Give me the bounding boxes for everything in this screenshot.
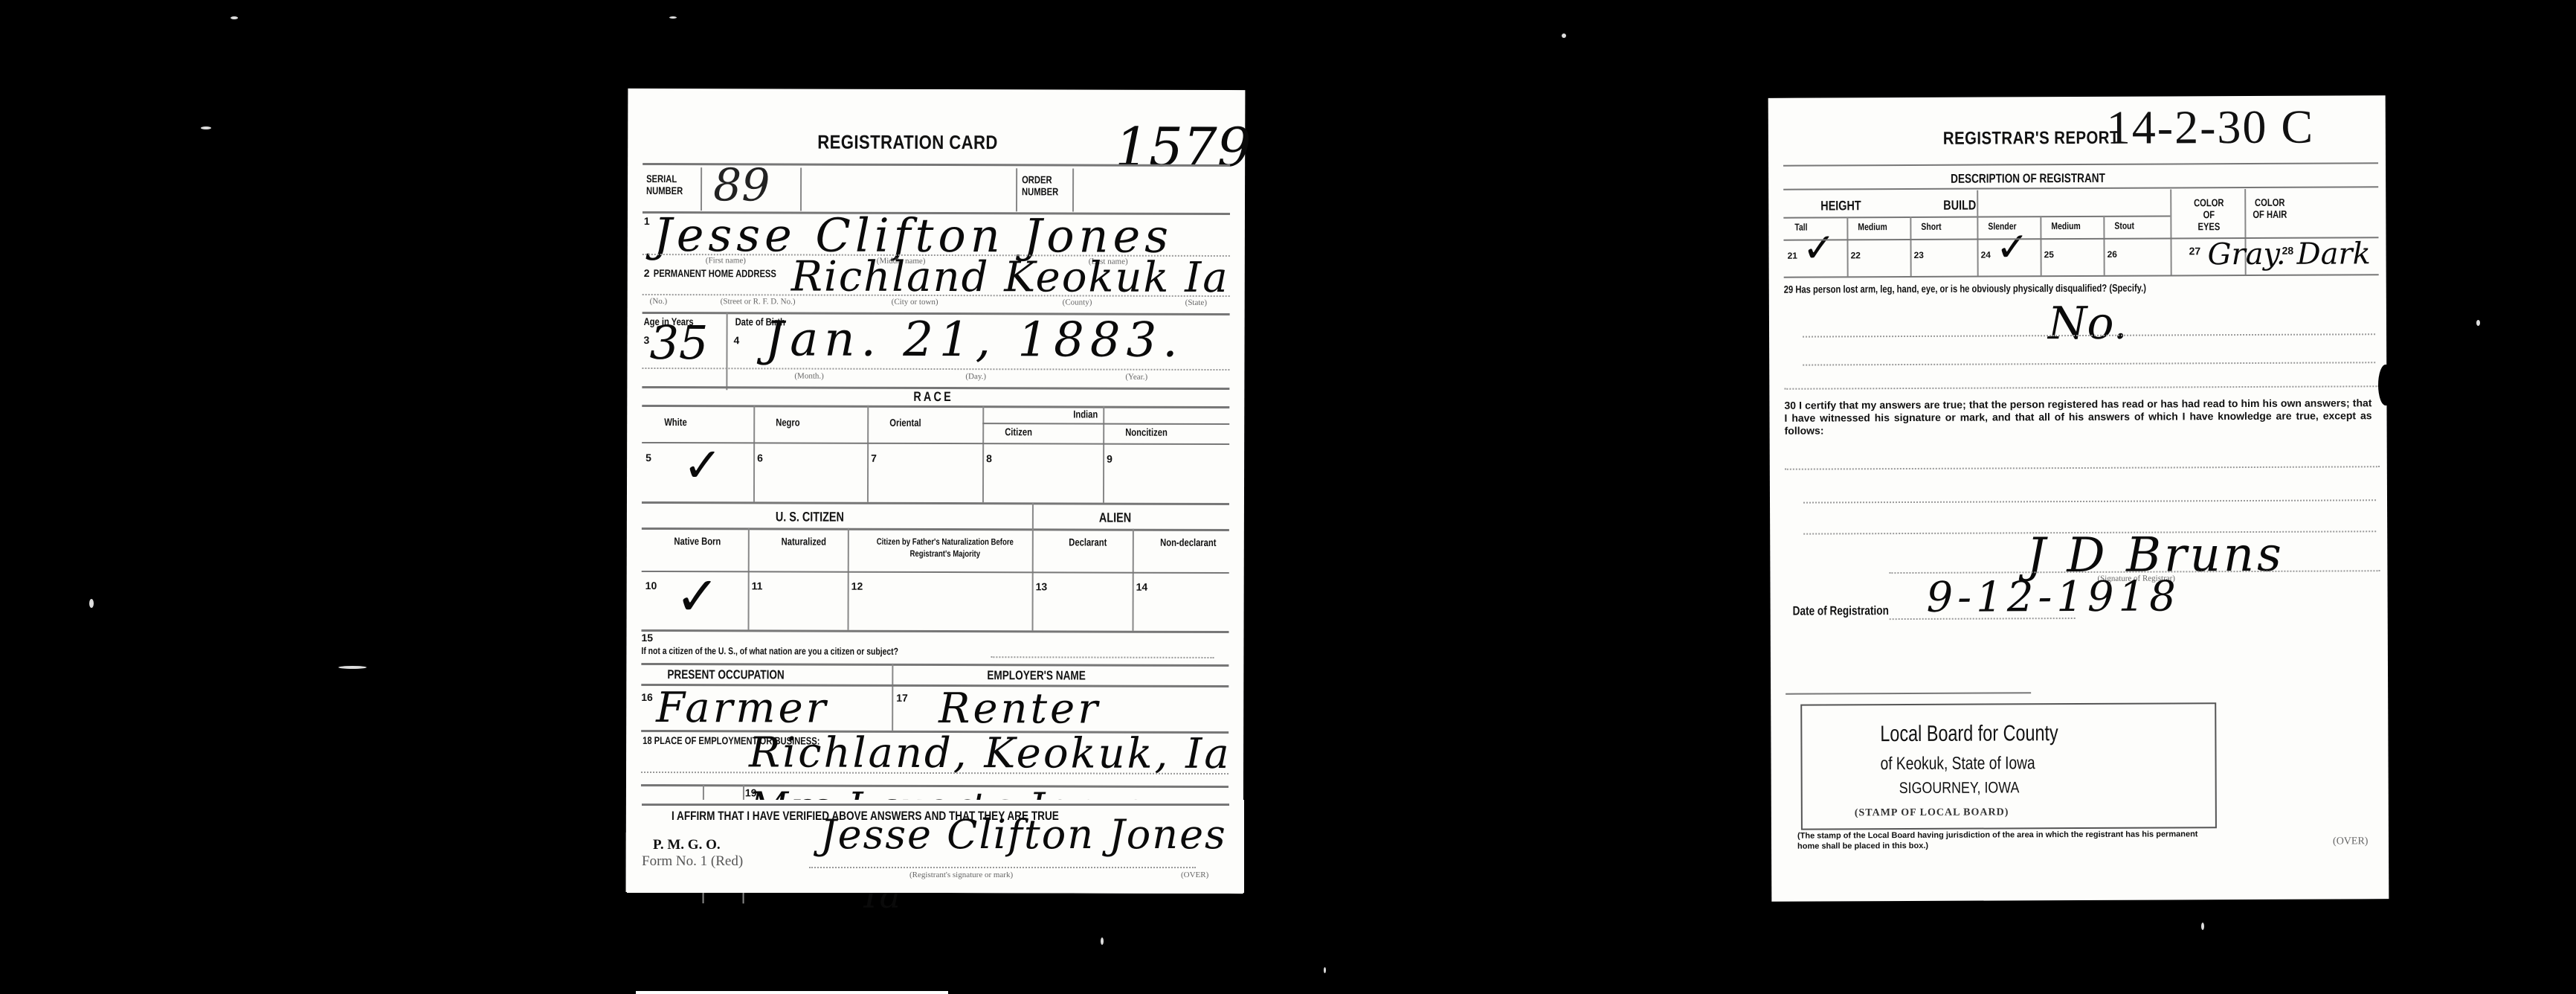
description-col-label: Short bbox=[1921, 221, 1941, 232]
employer-header: EMPLOYER'S NAME bbox=[987, 668, 1086, 683]
build-header: BUILD bbox=[1943, 198, 1976, 214]
height-header: HEIGHT bbox=[1820, 198, 1861, 214]
eyes-value: Gray. bbox=[2207, 237, 2285, 272]
back-over-label: (OVER) bbox=[2333, 836, 2369, 847]
field-number: 3 bbox=[644, 334, 650, 346]
check-mark-icon: ✓ bbox=[683, 438, 723, 493]
film-speck bbox=[2476, 320, 2480, 326]
race-col-label: White bbox=[664, 416, 687, 428]
field-number: 24 bbox=[1981, 250, 1991, 260]
us-citizen-header: U. S. CITIZEN bbox=[776, 509, 844, 525]
field-number: 5 bbox=[645, 452, 651, 464]
field-number: 4 bbox=[734, 334, 740, 346]
caption-day: (Day.) bbox=[965, 372, 986, 381]
next-card-edge bbox=[636, 991, 948, 994]
caption-street: (Street or R. F. D. No.) bbox=[721, 297, 796, 306]
hair-value: Dark bbox=[2296, 237, 2370, 271]
serial-value: 89 bbox=[713, 159, 770, 211]
disqualification-question: 29 Has person lost arm, leg, hand, eye, … bbox=[1784, 280, 2355, 295]
check-mark-icon: ✓ bbox=[675, 565, 721, 627]
description-col-label: Medium bbox=[2051, 220, 2080, 231]
race-grid: White5✓Negro6Oriental7Citizen8Noncitizen… bbox=[628, 89, 1245, 90]
film-speck bbox=[1101, 937, 1104, 945]
field-number: 10 bbox=[645, 580, 657, 591]
field-number: 8 bbox=[986, 452, 992, 464]
registration-card-front: REGISTRATION CARD 1579 SERIAL NUMBER 89 … bbox=[626, 89, 1246, 894]
film-speck bbox=[1562, 33, 1566, 38]
field-number: 2 bbox=[644, 267, 650, 279]
field-number: 13 bbox=[1036, 580, 1048, 592]
report-title: REGISTRAR'S REPORT bbox=[1943, 128, 2119, 150]
front-over-label: (OVER) bbox=[1181, 870, 1208, 879]
front-card-footer: I AFFIRM THAT I HAVE VERIFIED ABOVE ANSW… bbox=[627, 800, 1244, 893]
caption-first-name: (First name) bbox=[706, 256, 746, 265]
date-of-birth: Jan. 21, 1883. bbox=[764, 312, 1183, 368]
citizen-col-label: Declarant bbox=[1043, 536, 1133, 548]
stamp-caption: (STAMP OF LOCAL BOARD) bbox=[1855, 807, 2009, 819]
form-id-line2: Form No. 1 (Red) bbox=[642, 853, 743, 870]
hair-header: COLOR OF HAIR bbox=[2252, 196, 2287, 220]
check-mark-icon: ✓ bbox=[1802, 224, 1836, 271]
occupation-value: Farmer bbox=[656, 684, 828, 733]
description-col-label: Medium bbox=[1858, 221, 1887, 232]
race-col-label: Noncitizen bbox=[1125, 426, 1168, 438]
field-number: 6 bbox=[757, 452, 763, 464]
disqualification-answer: No. bbox=[2048, 298, 2128, 350]
check-mark-icon: ✓ bbox=[1995, 223, 2029, 270]
field-number: 14 bbox=[1136, 581, 1148, 593]
caption-county: (County) bbox=[1063, 298, 1092, 307]
field-number: 23 bbox=[1914, 250, 1924, 260]
film-speck bbox=[338, 666, 367, 669]
race-col-label: Negro bbox=[776, 416, 799, 428]
card-number: 1579 bbox=[1115, 116, 1251, 179]
film-speck bbox=[1324, 967, 1326, 973]
form-id-line1: P. M. G. O. bbox=[653, 837, 721, 853]
stamp-line3: SIGOURNEY, IOWA bbox=[1899, 779, 2020, 798]
field-number: 1 bbox=[644, 215, 650, 227]
film-speck bbox=[89, 599, 94, 608]
alien-header: ALIEN bbox=[1099, 510, 1131, 526]
order-label: ORDER NUMBER bbox=[1022, 173, 1063, 197]
field-number: 22 bbox=[1851, 250, 1861, 260]
citizen-col-label: Native Born bbox=[653, 535, 742, 547]
hole-punch-mark bbox=[2378, 365, 2393, 405]
field-number: 21 bbox=[1788, 251, 1797, 261]
local-board-stamp: Local Board for County of Keokuk, State … bbox=[1800, 702, 2217, 830]
field-number: 17 bbox=[896, 692, 908, 704]
field-number: 9 bbox=[1107, 453, 1112, 465]
serial-label: SERIAL NUMBER bbox=[646, 173, 688, 196]
nationality-question: If not a citizen of the U. S., of what n… bbox=[641, 645, 898, 657]
occupation-header: PRESENT OCCUPATION bbox=[667, 667, 784, 682]
employment-place-value: Richland, Keokuk, Ia bbox=[749, 728, 1231, 778]
citizenship-grid: Native Born10✓Naturalized11Citizen by Fa… bbox=[628, 89, 1245, 90]
field-number: 7 bbox=[871, 452, 877, 464]
stamped-number: 14-2-30 C bbox=[2107, 100, 2315, 155]
registrar-report-back: REGISTRAR'S REPORT 14-2-30 C DESCRIPTION… bbox=[1768, 95, 2389, 902]
registration-date-value: 9-12-1918 bbox=[1926, 572, 2180, 621]
caption-state: (State) bbox=[1185, 298, 1207, 307]
field-number: 28 bbox=[2282, 245, 2294, 257]
field-number: 11 bbox=[752, 580, 763, 591]
registrant-signature: Jesse Clifton Jones bbox=[820, 811, 1227, 858]
field-number: 25 bbox=[2044, 249, 2054, 260]
race-header: RACE bbox=[913, 389, 953, 405]
race-col-label: Oriental bbox=[889, 417, 921, 429]
employer-value: Renter bbox=[938, 684, 1101, 734]
field-number: 12 bbox=[851, 580, 863, 592]
field-number: 16 bbox=[641, 691, 653, 703]
eyes-header: COLOR OF EYES bbox=[2191, 196, 2226, 232]
signature-caption: (Registrant's signature or mark) bbox=[909, 870, 1013, 879]
film-speck bbox=[231, 16, 238, 19]
film-speck bbox=[201, 126, 211, 129]
caption-month: (Month.) bbox=[794, 372, 823, 381]
stamp-line1: Local Board for County bbox=[1880, 721, 2058, 747]
field-number: 27 bbox=[2189, 245, 2201, 257]
citizen-col-label: Naturalized bbox=[759, 535, 849, 547]
registration-date-label: Date of Registration bbox=[1793, 603, 1889, 619]
description-col-label: Stout bbox=[2114, 220, 2134, 231]
film-speck bbox=[2201, 923, 2204, 930]
age-value: 35 bbox=[649, 315, 708, 370]
citizen-col-label: Citizen by Father's Naturalization Befor… bbox=[859, 536, 1031, 560]
field-number: 26 bbox=[2108, 249, 2117, 260]
film-speck bbox=[669, 16, 677, 19]
race-col-label: Citizen bbox=[1005, 426, 1032, 437]
indian-header: Indian bbox=[1073, 408, 1098, 420]
caption-no: (No.) bbox=[650, 297, 668, 306]
address-label: PERMANENT HOME ADDRESS bbox=[654, 267, 776, 279]
caption-city: (City or town) bbox=[892, 298, 938, 307]
citizen-col-label: Non-declarant bbox=[1144, 536, 1233, 548]
stamp-line2: of Keokuk, State of Iowa bbox=[1880, 753, 2035, 775]
certification-text: 30 I certify that my answers are true; t… bbox=[1784, 397, 2371, 437]
field-number: 15 bbox=[641, 632, 653, 644]
card-title: REGISTRATION CARD bbox=[817, 131, 998, 155]
description-header: DESCRIPTION OF REGISTRANT bbox=[1951, 171, 2105, 187]
stamp-note: (The stamp of the Local Board having jur… bbox=[1797, 829, 2214, 851]
description-grid: Tall21✓Medium22Short23Slender24✓Medium25… bbox=[1768, 95, 2386, 98]
caption-year: (Year.) bbox=[1125, 373, 1147, 382]
